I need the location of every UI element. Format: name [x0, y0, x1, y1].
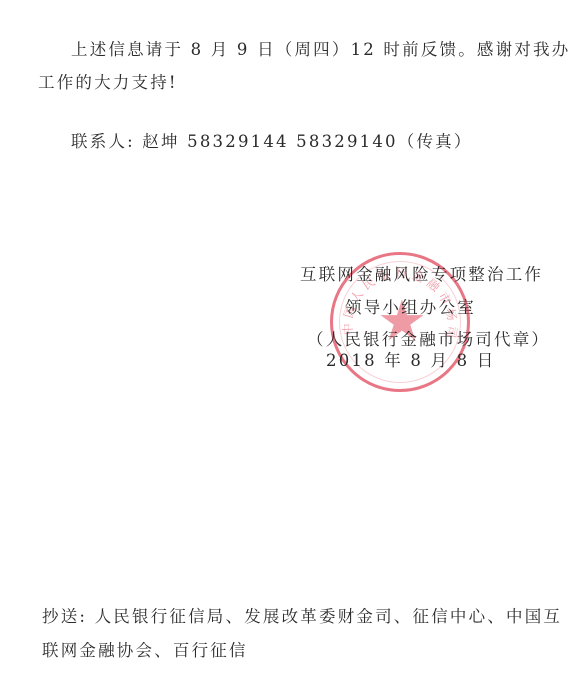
cc-line-1: 抄送: 人民银行征信局、发展改革委财金司、征信中心、中国互: [42, 603, 562, 627]
contact-line: 联系人: 赵坤 58329144 58329140（传真）: [71, 128, 473, 152]
signature-org-line-2: 领导小组办公室: [345, 294, 476, 318]
body-paragraph-line-1: 上述信息请于 8 月 9 日（周四）12 时前反馈。感谢对我办: [71, 36, 570, 60]
body-paragraph-line-2: 工作的大力支持!: [38, 69, 178, 93]
signature-date: 2018 年 8 月 8 日: [326, 347, 496, 371]
cc-line-2: 联网金融协会、百行征信: [42, 637, 248, 661]
signature-org-line-1: 互联网金融风险专项整治工作: [300, 261, 543, 285]
